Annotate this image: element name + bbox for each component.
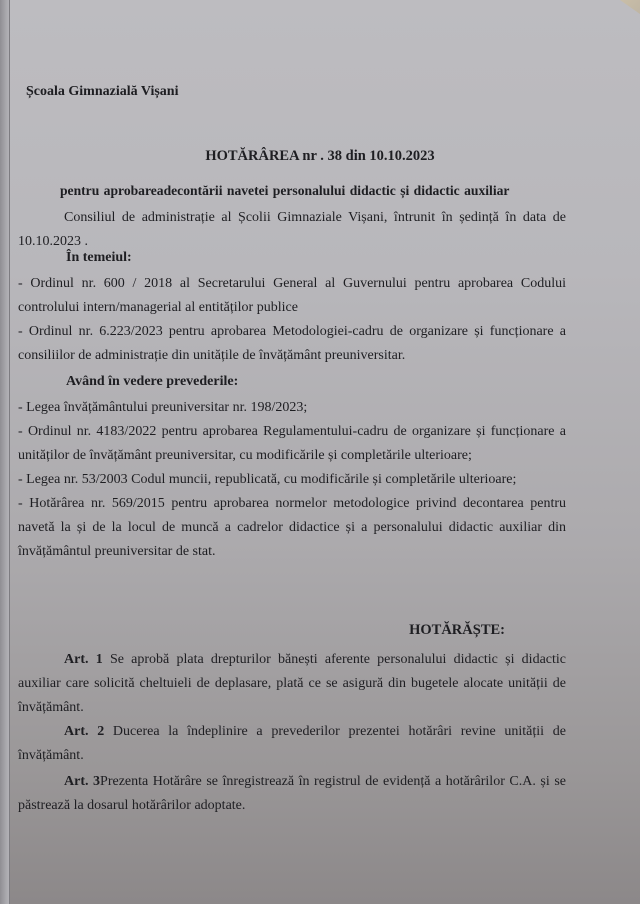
article-text: Prezenta Hotărâre se înregistrează în re… [18,774,566,813]
article-1: Art. 1 Se aprobă plata drepturilor băneș… [18,648,566,720]
article-label: Art. 3 [64,774,100,789]
provision-item: - Ordinul nr. 4183/2022 pentru aprobarea… [18,420,566,468]
provision-item: - Legea nr. 53/2003 Codul muncii, republ… [18,468,566,492]
article-2: Art. 2 Ducerea la îndeplinire a preveder… [18,720,566,768]
basis-item: - Ordinul nr. 6.223/2023 pentru aprobare… [18,320,566,368]
school-name: Școala Gimnazială Vișani [26,84,178,100]
provisions-heading: Având în vedere prevederile: [66,374,238,390]
decision-subtitle: pentru aprobareadecontării navetei perso… [60,183,509,199]
article-3: Art. 3Prezenta Hotărâre se înregistrează… [18,770,566,818]
decision-title: HOTĂRÂREA nr . 38 din 10.10.2023 [0,148,640,165]
basis-item: - Ordinul nr. 600 / 2018 al Secretarului… [18,272,566,320]
provision-item: - Hotărârea nr. 569/2015 pentru aprobare… [18,492,566,564]
basis-heading: În temeiul: [66,250,132,266]
article-label: Art. 1 [64,652,103,667]
intro-paragraph: Consiliul de administrație al Școlii Gim… [18,206,566,254]
article-label: Art. 2 [64,724,104,739]
decides-heading: HOTĂRĂȘTE: [0,622,505,639]
document-page: Școala Gimnazială Vișani HOTĂRÂREA nr . … [0,0,640,904]
provision-item: - Legea învățământului preuniversitar nr… [18,396,566,420]
